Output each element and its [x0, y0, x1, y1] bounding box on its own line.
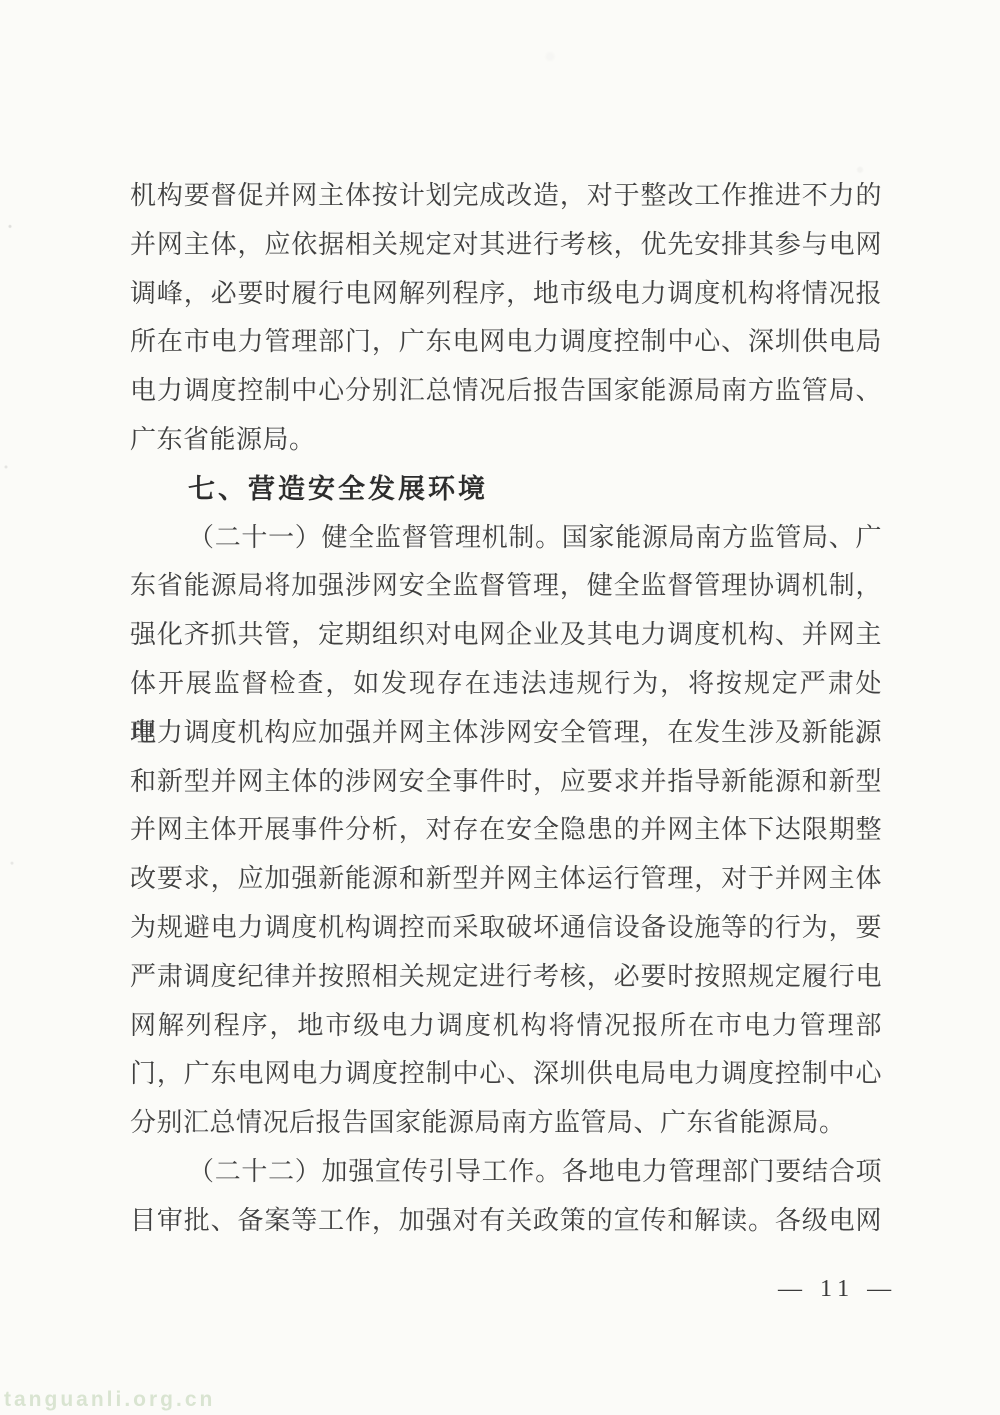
text-line: 并网主体，应依据相关规定对其进行考核，优先安排其参与电网	[130, 221, 882, 270]
text-line: 所在市电力管理部门，广东电网电力调度控制中心、深圳供电局	[130, 318, 882, 367]
text-line: 改要求，应加强新能源和新型并网主体运行管理，对于并网主体	[130, 855, 882, 904]
section-heading: 七、营造安全发展环境	[130, 465, 882, 514]
text-line: 广东省能源局。	[130, 416, 882, 465]
text-line: 和新型并网主体的涉网安全事件时，应要求并指导新能源和新型	[130, 758, 882, 807]
text-line: 电力调度控制中心分别汇总情况后报告国家能源局南方监管局、	[130, 367, 882, 416]
text-line: 为规避电力调度机构调控而采取破坏通信设备设施等的行为，要	[130, 904, 882, 953]
text-line: 门，广东电网电力调度控制中心、深圳供电局电力调度控制中心	[130, 1050, 882, 1099]
page-number: — 11 —	[778, 1276, 897, 1303]
text-line: 目审批、备案等工作，加强对有关政策的宣传和解读。各级电网	[130, 1197, 882, 1246]
text-line: 体开展监督检查，如发现存在违法违规行为，将按规定严肃处理。	[130, 660, 882, 709]
text-line: 分别汇总情况后报告国家能源局南方监管局、广东省能源局。	[130, 1099, 882, 1148]
text-line: 机构要督促并网主体按计划完成改造，对于整改工作推进不力的	[130, 172, 882, 221]
text-line: （二十二）加强宣传引导工作。各地电力管理部门要结合项	[130, 1148, 882, 1197]
watermark: tanguanli.org.cn	[4, 1388, 215, 1412]
text-line: 严肃调度纪律并按照相关规定进行考核，必要时按照规定履行电	[130, 953, 882, 1002]
text-line: 并网主体开展事件分析，对存在安全隐患的并网主体下达限期整	[130, 806, 882, 855]
text-line: 电力调度机构应加强并网主体涉网安全管理，在发生涉及新能源	[130, 709, 882, 758]
text-line: 调峰，必要时履行电网解列程序，地市级电力调度机构将情况报	[130, 270, 882, 319]
text-line: 网解列程序，地市级电力调度机构将情况报所在市电力管理部	[130, 1002, 882, 1051]
text-line: （二十一）健全监督管理机制。国家能源局南方监管局、广	[130, 514, 882, 563]
text-line: 东省能源局将加强涉网安全监督管理，健全监督管理协调机制，	[130, 562, 882, 611]
document-body: 机构要督促并网主体按计划完成改造，对于整改工作推进不力的并网主体，应依据相关规定…	[130, 172, 882, 1246]
text-line: 强化齐抓共管，定期组织对电网企业及其电力调度机构、并网主	[130, 611, 882, 660]
scanned-document-page: 机构要督促并网主体按计划完成改造，对于整改工作推进不力的并网主体，应依据相关规定…	[0, 0, 1000, 1415]
